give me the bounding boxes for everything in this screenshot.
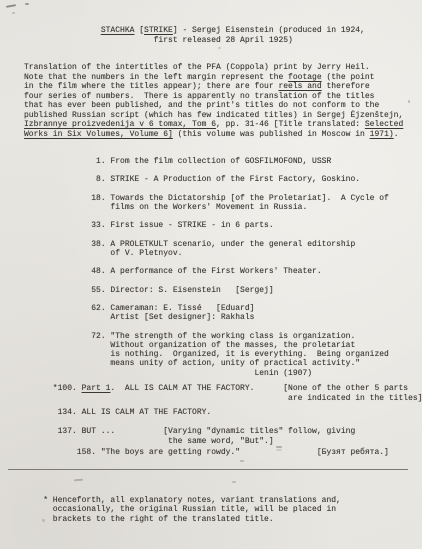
translator-note-paragraph: Translation of the intertitles of the PF… xyxy=(24,63,422,139)
text-line: 137. BUT ... [Varying "dynamic titles" f… xyxy=(24,427,422,437)
text-line: 72. "The strength of the working class i… xyxy=(24,332,422,341)
text-line: films on the Workers' Movement in Russia… xyxy=(24,203,422,212)
text-line: 33. First issue - STRIKE - in 6 parts. xyxy=(24,221,422,230)
text-line: 134. ALL IS CALM AT THE FACTORY. xyxy=(24,408,422,418)
text-line: published Russian script (which has few … xyxy=(24,111,422,121)
text-segment: 33. First issue - STRIKE - in 6 parts. xyxy=(24,221,274,230)
text-segment: 55. Director: S. Eisenstein [Sergej] xyxy=(24,286,274,295)
text-segment: is nothing. Organized, it is everything.… xyxy=(24,350,389,359)
text-line: are indicated in the titles] xyxy=(24,394,422,404)
intertitle-item-134: 134. ALL IS CALM AT THE FACTORY. xyxy=(24,408,422,418)
scan-artifact xyxy=(240,460,244,462)
text-line: 38. A PROLETKULT scenario, under the gen… xyxy=(24,240,422,249)
text-line: 48. A performance of the First Workers' … xyxy=(24,267,422,276)
text-segment: four series of numbers. There is apparen… xyxy=(24,92,374,101)
text-line: Izbrannye proizvedenija v 6 tomax, Tom 6… xyxy=(24,120,422,130)
text-segment: 137. BUT ... [Varying "dynamic titles" f… xyxy=(24,427,355,436)
credit-titles-list: 1. From the film collection of GOSFILMOF… xyxy=(24,157,422,378)
underlined-text-segment: footage xyxy=(288,73,322,82)
text-line: 158. "The boys are getting rowdy." [Бузя… xyxy=(24,448,422,458)
text-line xyxy=(24,258,422,267)
text-segment: Artist [Set designer]: Rakhals xyxy=(24,313,254,322)
scan-artifact xyxy=(12,12,15,14)
text-segment: . ALL IS CALM AT THE FACTORY. [None of t… xyxy=(110,384,408,393)
text-line: is nothing. Organized, it is everything.… xyxy=(24,350,422,359)
text-segment: 62. Cameraman: E. Tissé [Eduard] xyxy=(24,304,254,313)
film-title-heading: STACHKA [STRIKE] - Sergej Eisenstein (pr… xyxy=(24,26,422,45)
text-line: four series of numbers. There is apparen… xyxy=(24,92,422,102)
text-segment: the same word, "But".] xyxy=(24,437,274,446)
text-segment: 8. STRIKE - A Production of the First Fa… xyxy=(24,175,360,184)
text-line: *100. Part 1. ALL IS CALM AT THE FACTORY… xyxy=(24,384,422,394)
text-segment: 158. "The boys are getting rowdy." [Бузя… xyxy=(24,448,389,457)
underlined-text-segment: Izbrannye proizvedenija v 6 tomax, Tom 6 xyxy=(24,120,216,129)
text-line xyxy=(24,231,422,240)
text-segment: first released 28 April 1925) xyxy=(24,36,293,45)
text-segment: Lenin (1907) xyxy=(24,369,312,378)
text-segment: 1. From the film collection of GOSFILMOF… xyxy=(24,157,331,166)
underlined-text-segment: 1971) xyxy=(370,130,394,139)
text-line: occasionally, the original Russian title… xyxy=(24,505,422,514)
text-segment: means unity of action, unity of practica… xyxy=(24,359,360,368)
text-segment: 72. "The strength of the working class i… xyxy=(24,332,355,341)
text-segment: films on the Workers' Movement in Russia… xyxy=(24,203,307,212)
underlined-text-segment: Part 1 xyxy=(82,384,111,393)
text-line xyxy=(24,185,422,194)
text-segment: (this volume was published in Moscow in xyxy=(173,130,370,139)
text-line xyxy=(24,166,422,175)
text-line: brackets to the right of the translated … xyxy=(24,515,422,524)
scan-artifact xyxy=(218,47,221,49)
text-line: Without organization of the masses, the … xyxy=(24,341,422,350)
text-segment: , pp. 31-46 [Title translated: xyxy=(216,120,365,129)
text-segment: Note that the numbers in the left margin… xyxy=(24,73,288,82)
text-line: Translation of the intertitles of the PF… xyxy=(24,63,422,73)
text-line: 8. STRIKE - A Production of the First Fa… xyxy=(24,175,422,184)
text-line: 62. Cameraman: E. Tissé [Eduard] xyxy=(24,304,422,313)
scan-artifact xyxy=(74,479,83,482)
text-line: in the film where the titles appear); th… xyxy=(24,82,422,92)
text-segment xyxy=(24,26,101,35)
text-segment: (the point xyxy=(322,73,375,82)
text-segment: ] - Sergej Eisenstein (produced in 1924, xyxy=(173,26,365,35)
text-line: first released 28 April 1925) xyxy=(24,36,422,46)
text-segment: . xyxy=(394,130,399,139)
text-segment: * Henceforth, all explanatory notes, var… xyxy=(24,496,341,505)
underlined-text-segment: STACHKA xyxy=(101,26,135,35)
text-line xyxy=(24,212,422,221)
intertitle-item-158: 158. "The boys are getting rowdy." [Бузя… xyxy=(24,448,422,458)
text-segment: that has ever been published, and the pr… xyxy=(24,101,379,110)
text-line: 1. From the film collection of GOSFILMOF… xyxy=(24,157,422,166)
text-line: of V. Pletnyov. xyxy=(24,249,422,258)
underlined-text-segment: STRIKE xyxy=(144,26,173,35)
text-line: Artist [Set designer]: Rakhals xyxy=(24,313,422,322)
text-segment: occasionally, the original Russian title… xyxy=(24,505,336,514)
text-segment: therefore xyxy=(322,82,370,91)
scanned-page: STACHKA [STRIKE] - Sergej Eisenstein (pr… xyxy=(0,0,422,549)
text-line: 18. Towards the Dictatorship [of the Pro… xyxy=(24,194,422,203)
explanatory-footnote: * Henceforth, all explanatory notes, var… xyxy=(24,496,422,524)
text-segment: of V. Pletnyov. xyxy=(24,249,182,258)
underlined-text-segment: reels and xyxy=(278,82,321,91)
text-segment: in the film where the titles appear); th… xyxy=(24,82,278,91)
text-line: * Henceforth, all explanatory notes, var… xyxy=(24,496,422,505)
text-line: Note that the numbers in the left margin… xyxy=(24,73,422,83)
text-segment: [ xyxy=(134,26,144,35)
text-segment: brackets to the right of the translated … xyxy=(24,515,274,524)
text-line: the same word, "But".] xyxy=(24,437,422,447)
text-line: Works in Six Volumes, Volume 6] (this vo… xyxy=(24,130,422,140)
footnote-divider-rule xyxy=(8,469,408,470)
text-segment: 18. Towards the Dictatorship [of the Pro… xyxy=(24,194,389,203)
scan-artifact xyxy=(276,446,282,448)
intertitle-item-137: 137. BUT ... [Varying "dynamic titles" f… xyxy=(24,427,422,446)
text-segment: Translation of the intertitles of the PF… xyxy=(24,63,370,72)
underlined-text-segment: Selected xyxy=(365,120,403,129)
text-segment: 48. A performance of the First Workers' … xyxy=(24,267,322,276)
text-line: Lenin (1907) xyxy=(24,369,422,378)
text-segment: 134. ALL IS CALM AT THE FACTORY. xyxy=(24,408,211,417)
scan-artifact xyxy=(25,3,29,5)
text-segment: *100. xyxy=(24,384,82,393)
scan-artifact xyxy=(232,481,236,483)
text-segment: 38. A PROLETKULT scenario, under the gen… xyxy=(24,240,355,249)
text-line: STACHKA [STRIKE] - Sergej Eisenstein (pr… xyxy=(24,26,422,36)
text-segment: Without organization of the masses, the … xyxy=(24,341,355,350)
text-line xyxy=(24,323,422,332)
text-segment: published Russian script (which has few … xyxy=(24,111,403,120)
text-line: means unity of action, unity of practica… xyxy=(24,359,422,368)
text-line xyxy=(24,295,422,304)
intertitle-item-100: *100. Part 1. ALL IS CALM AT THE FACTORY… xyxy=(24,384,422,403)
text-line: 55. Director: S. Eisenstein [Sergej] xyxy=(24,286,422,295)
scan-artifact xyxy=(6,4,16,8)
text-line: that has ever been published, and the pr… xyxy=(24,101,422,111)
underlined-text-segment: Works in Six Volumes, Volume 6] xyxy=(24,130,173,139)
text-line xyxy=(24,277,422,286)
text-segment: are indicated in the titles] xyxy=(24,394,422,403)
